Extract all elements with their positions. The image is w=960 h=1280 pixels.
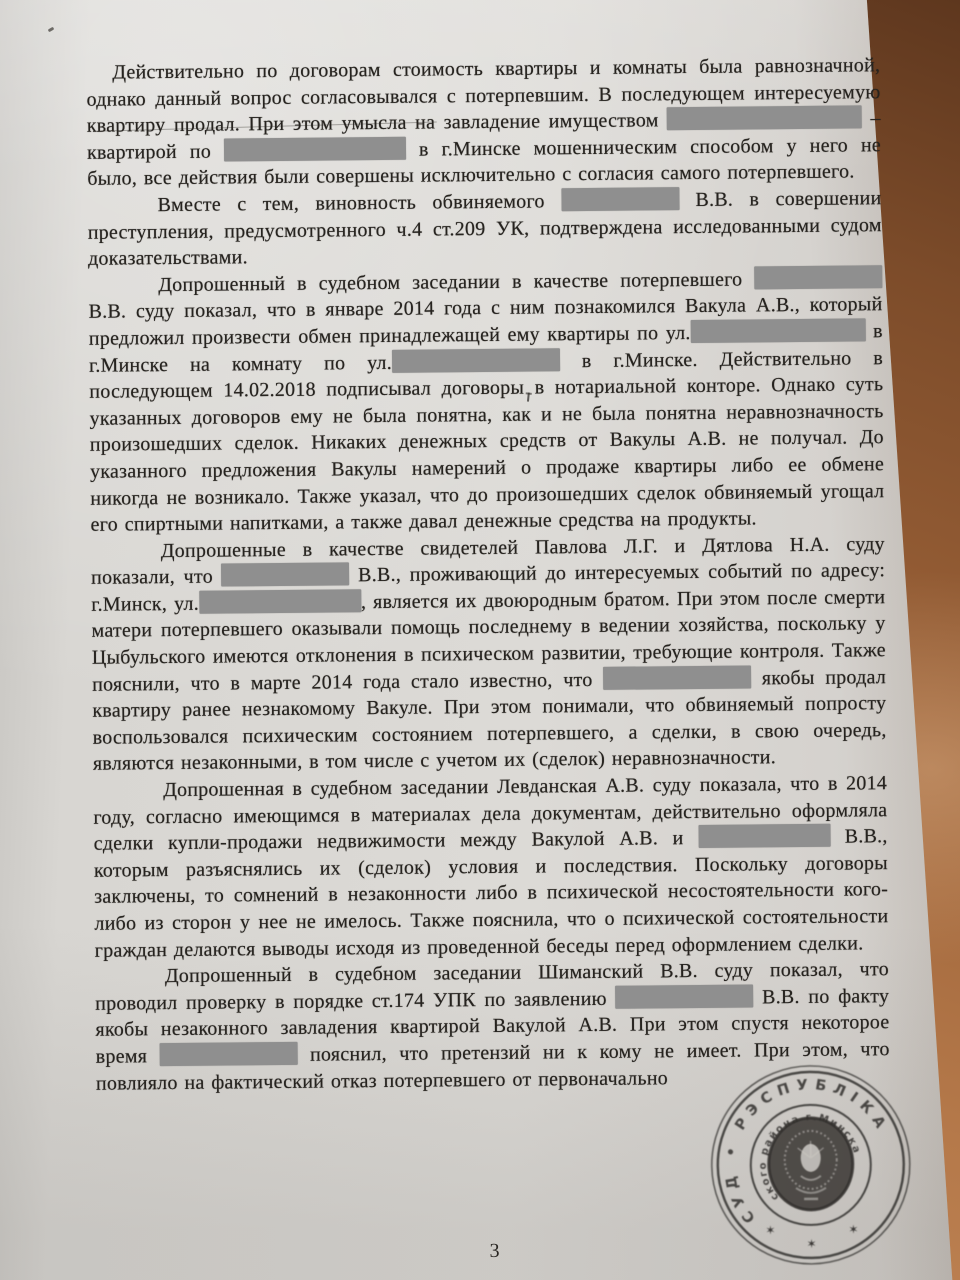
redaction-bar: [603, 665, 751, 689]
redaction-bar: [698, 824, 830, 848]
redaction-bar: [561, 187, 679, 211]
stamp-star-icon: ✶: [765, 1223, 775, 1237]
redaction-bar: [392, 348, 560, 373]
document-sheet: Действительно по договорам стоимость ква…: [86, 40, 892, 1276]
redaction-bar: [199, 589, 361, 614]
paragraph: Допрошенная в судебном заседании Левданс…: [93, 770, 889, 964]
paragraph: Допрошенные в качестве свидетелей Павлов…: [91, 531, 887, 778]
stamp-star-icon: ✶: [848, 1222, 858, 1236]
document-text: Действительно по договорам стоимость ква…: [86, 52, 890, 1097]
stamp-star-icon: ✶: [806, 1237, 816, 1251]
redaction-bar: [224, 137, 406, 162]
paragraph: Действительно по договорам стоимость ква…: [86, 52, 881, 193]
redaction-bar: [667, 106, 862, 131]
redaction-bar: [615, 984, 753, 1008]
court-stamp-icon: СУД • РЭСПУБЛІКА ского района г.Минска ✶…: [707, 1061, 915, 1269]
redaction-bar: [691, 318, 866, 343]
redaction-bar: [159, 1042, 297, 1066]
paragraph: Допрошенный в судебном заседании в качес…: [88, 265, 885, 539]
redaction-bar: [221, 563, 349, 587]
stamp-emblem-icon: [768, 1118, 853, 1211]
photo-background-desk: Действительно по договорам стоимость ква…: [0, 0, 960, 1280]
redaction-bar: [754, 265, 882, 289]
paragraph: Вместе с тем, виновность обвиняемого В.В…: [87, 185, 882, 272]
